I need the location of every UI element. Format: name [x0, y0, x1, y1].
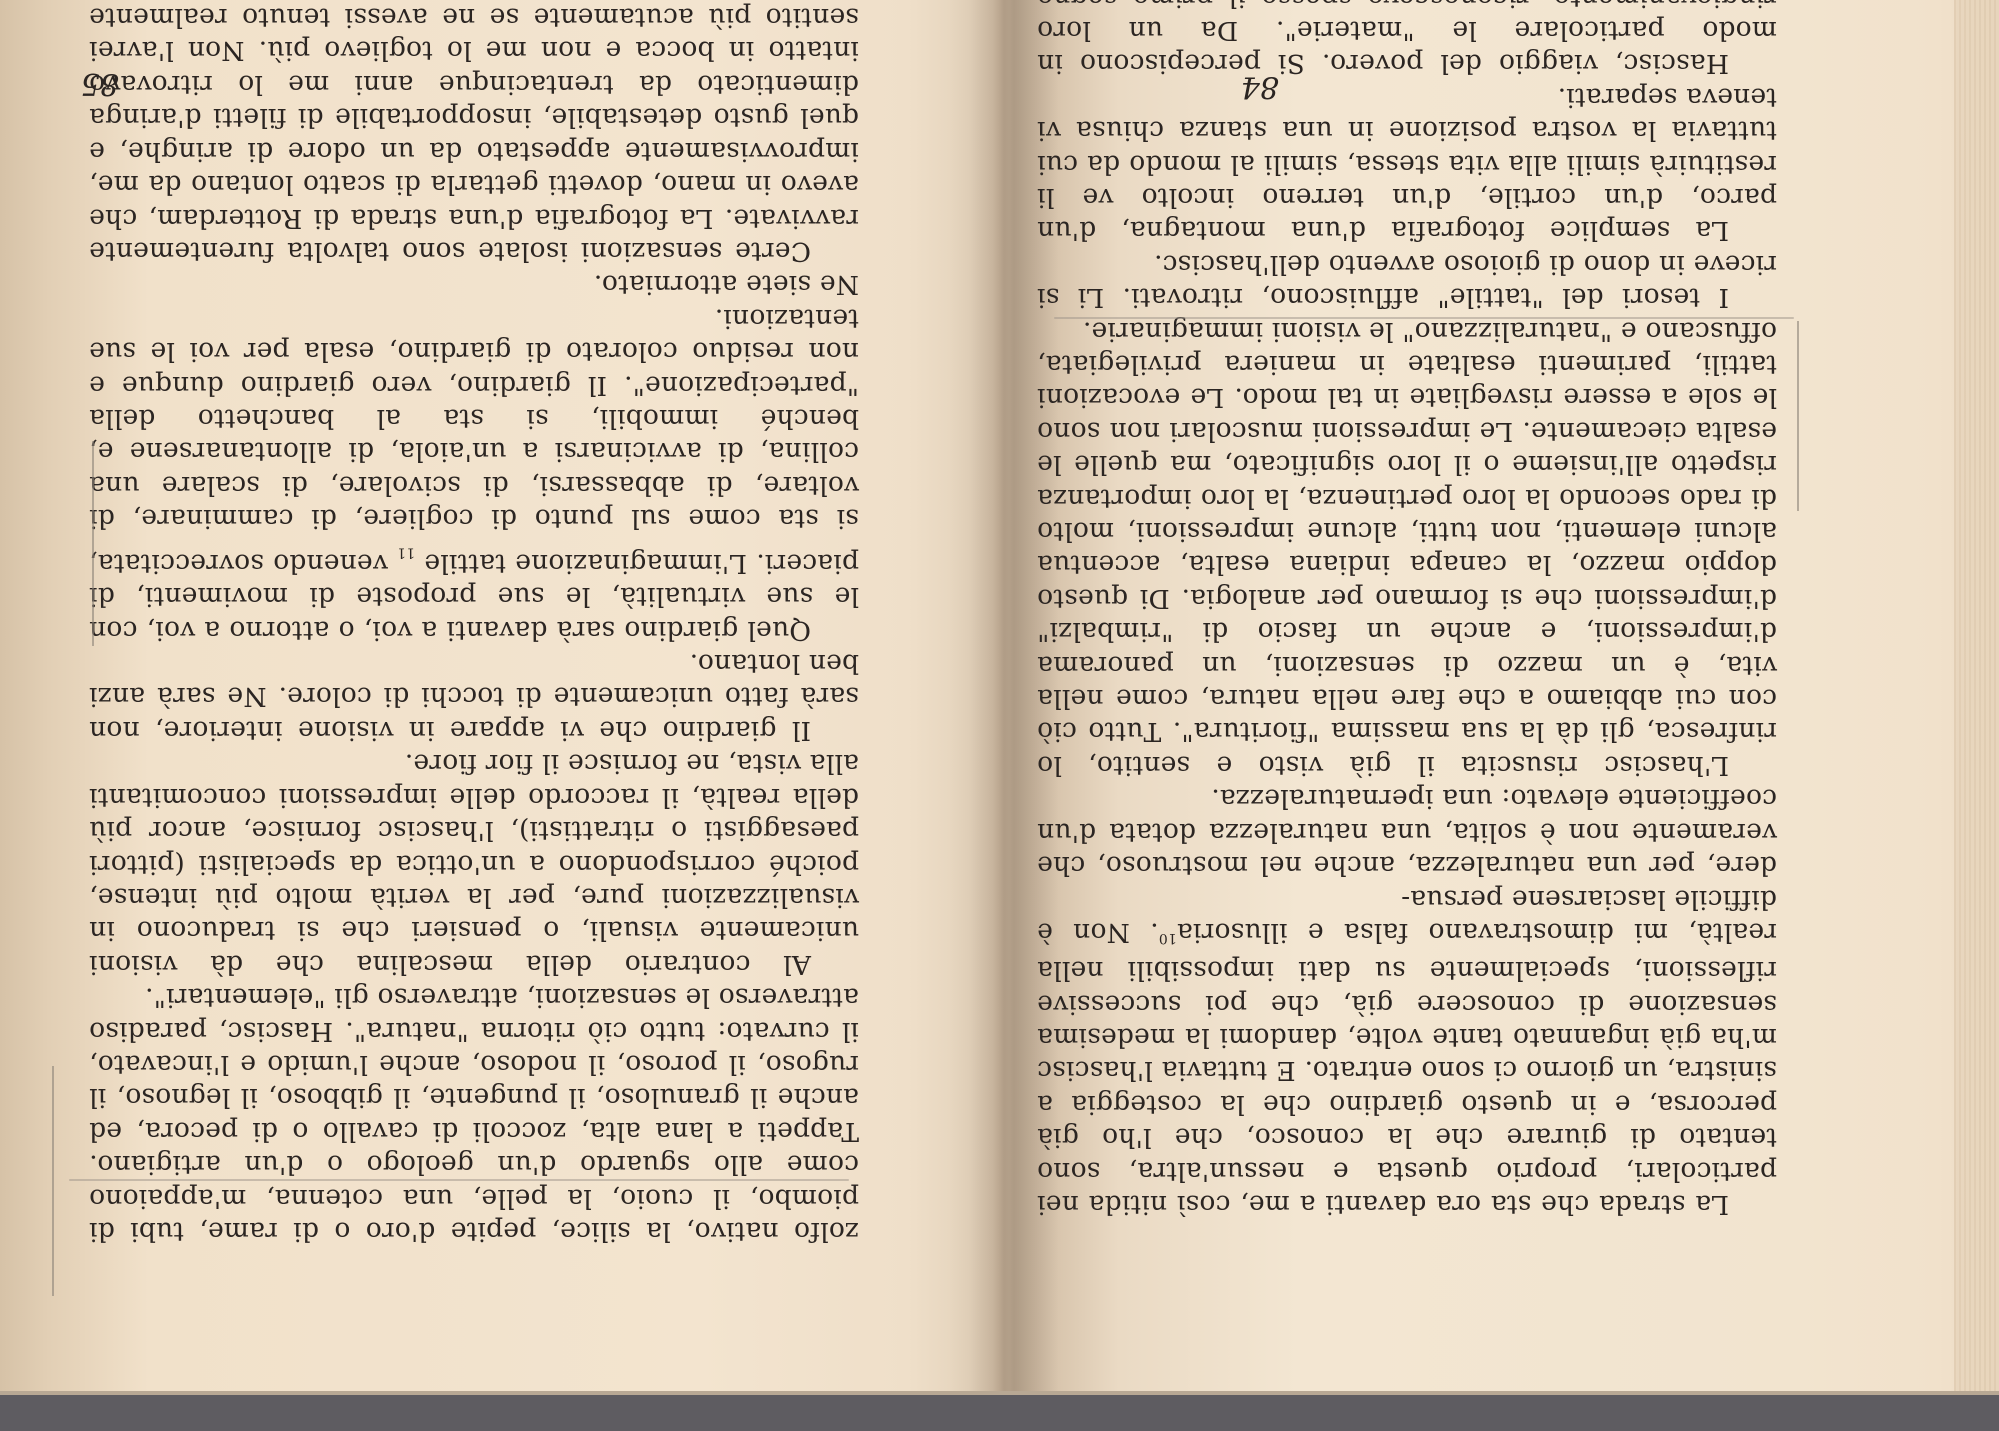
- fore-edge-pages: [1954, 0, 1999, 1391]
- paragraph: I tesori del "tattile" affluiscono, ritr…: [1037, 247, 1777, 314]
- paragraph-marked: Hascisc, viaggio del povero. Si percepis…: [1037, 0, 1777, 80]
- paragraph: Il giardino che vi appare in visione int…: [89, 647, 859, 747]
- open-book-spread: La strada che sta ora davanti a me, così…: [0, 0, 1999, 1391]
- page-85-body: zolfo nativo, la silice, pepite d'oro o …: [89, 0, 859, 1248]
- paragraph: La semplice fotografia d'una montagna, d…: [1037, 80, 1777, 247]
- paragraph-continuation: zolfo nativo, la silice, pepite d'oro o …: [89, 981, 859, 1248]
- paragraph: L'hascisc risuscita il già visto e senti…: [1037, 314, 1777, 782]
- pencil-underline: [69, 1179, 849, 1181]
- footnote-ref: 11: [397, 545, 415, 561]
- book-photo-rotated: La strada che sta ora davanti a me, così…: [0, 0, 1999, 1431]
- pencil-margin-mark: [52, 1066, 54, 1296]
- page-84-body: La strada che sta ora davanti a me, così…: [1037, 0, 1777, 1221]
- paragraph-continuation: dere, per una naturalezza, anche nel mos…: [1037, 782, 1777, 882]
- footnote-ref: 10: [1159, 930, 1177, 946]
- paragraph: Al contrario della mescalina che dà visi…: [89, 747, 859, 981]
- page-number: 84: [1241, 69, 1279, 104]
- paragraph: Ne siete attorniato.: [89, 268, 859, 301]
- pencil-margin-mark: [1797, 321, 1799, 511]
- paragraph: La strada che sta ora davanti a me, così…: [1037, 882, 1777, 1221]
- page-number: 85: [81, 66, 119, 101]
- pencil-margin-mark: [92, 441, 94, 646]
- paragraph-marked: Certe sensazioni isolate sono talvolta f…: [89, 0, 859, 268]
- pencil-underline: [1054, 317, 1794, 319]
- page-84: La strada che sta ora davanti a me, così…: [999, 0, 1999, 1391]
- page-85: zolfo nativo, la silice, pepite d'oro o …: [0, 0, 999, 1391]
- paragraph: Quel giardino sarà davanti a voi, o atto…: [89, 301, 859, 646]
